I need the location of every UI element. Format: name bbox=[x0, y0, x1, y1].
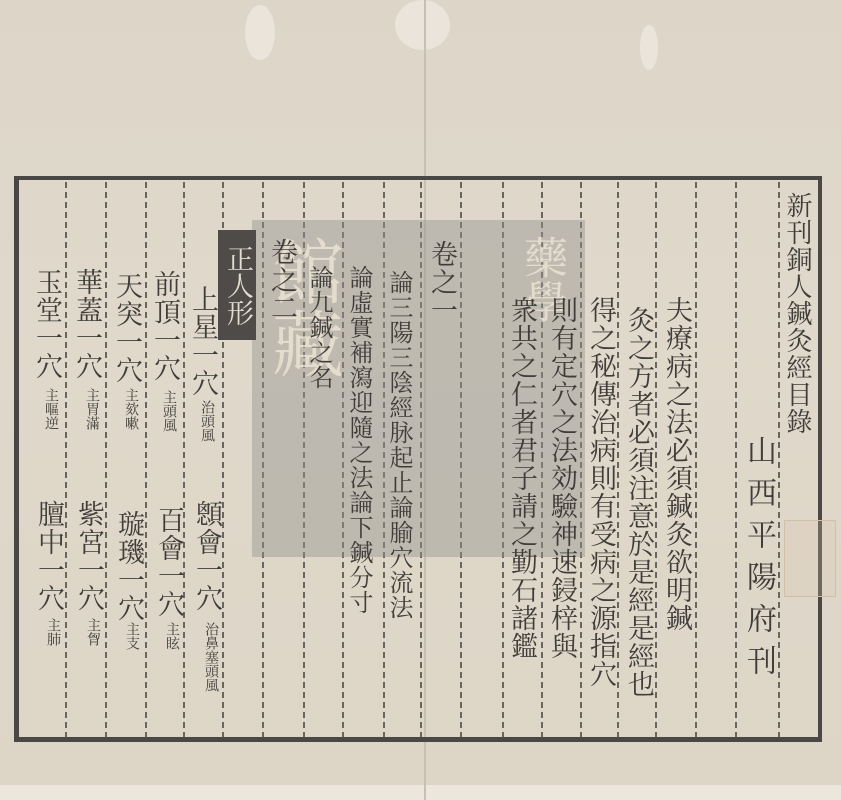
page-edge bbox=[0, 785, 841, 800]
acupoint-entry: 玉堂一穴 bbox=[30, 268, 62, 380]
column-rule bbox=[65, 182, 69, 738]
preface-line-1: 夫療病之法必須鍼灸欲明鍼 bbox=[660, 296, 692, 632]
acupoint-entry: 百會一穴 bbox=[152, 506, 184, 618]
paper-stain bbox=[640, 25, 658, 70]
acupoint-entry: 華蓋一穴 bbox=[70, 268, 102, 380]
acupoint-note: 主胃滿 bbox=[85, 388, 99, 430]
acupoint-entry: 天突一穴 bbox=[110, 272, 142, 384]
acupoint-note: 治頭風 bbox=[200, 400, 214, 442]
column-rule bbox=[695, 182, 699, 738]
preface-line-3: 得之秘傳治病則有受病之源指穴 bbox=[584, 296, 616, 688]
toc-entry-3: 論九鍼之名 bbox=[305, 265, 333, 390]
column-rule bbox=[105, 182, 109, 738]
column-rule bbox=[735, 182, 739, 738]
toc-entry-2: 論虛實補瀉迎隨之法論下鍼分寸 bbox=[345, 265, 373, 615]
acupoint-note: 主頭風 bbox=[162, 390, 176, 432]
acupoint-note: 主肺 bbox=[46, 618, 60, 646]
column-rule bbox=[617, 182, 621, 738]
preface-line-5: 衆共之仁者君子請之勤石諸鑑 bbox=[505, 296, 537, 660]
paper-stain bbox=[395, 0, 450, 50]
preface-line-2: 灸之方者必須注意於是經是經也 bbox=[622, 306, 654, 698]
acupoint-note: 主嘔逆 bbox=[44, 388, 58, 430]
acupoint-note: 主眩 bbox=[165, 622, 179, 650]
acupoint-note: 主支 bbox=[125, 622, 139, 650]
faint-seal-stamp bbox=[784, 520, 836, 597]
acupoint-entry: 前頂一穴 bbox=[148, 270, 180, 382]
column-rule bbox=[183, 182, 187, 738]
acupoint-note: 主欬嗽 bbox=[124, 388, 138, 430]
column-rule bbox=[655, 182, 659, 738]
section-label-box: 正人形 bbox=[218, 230, 256, 340]
volume-2-heading: 卷之二 bbox=[265, 238, 297, 322]
paper-stain bbox=[245, 5, 275, 60]
preface-line-4: 則有定穴之法効驗神速鋟梓與 bbox=[545, 296, 577, 660]
acupoint-entry: 顖會一穴 bbox=[190, 500, 222, 612]
acupoint-entry: 膻中一穴 bbox=[32, 500, 64, 612]
acupoint-entry: 紫宮一穴 bbox=[72, 500, 104, 612]
book-title: 新刊銅人鍼灸經目錄 bbox=[781, 192, 813, 435]
acupoint-entry: 璇璣一穴 bbox=[112, 510, 144, 622]
toc-entry-1: 論三陽三陰經脉起止論腧穴流法 bbox=[385, 270, 413, 620]
publisher-line: 山西平陽府刊 bbox=[741, 435, 775, 687]
column-rule bbox=[145, 182, 149, 738]
volume-1-heading: 卷之一 bbox=[425, 240, 457, 324]
acupoint-note: 主胷 bbox=[86, 618, 100, 646]
acupoint-entry: 上星一穴 bbox=[186, 285, 218, 397]
acupoint-note: 治鼻塞頭風 bbox=[204, 622, 218, 692]
